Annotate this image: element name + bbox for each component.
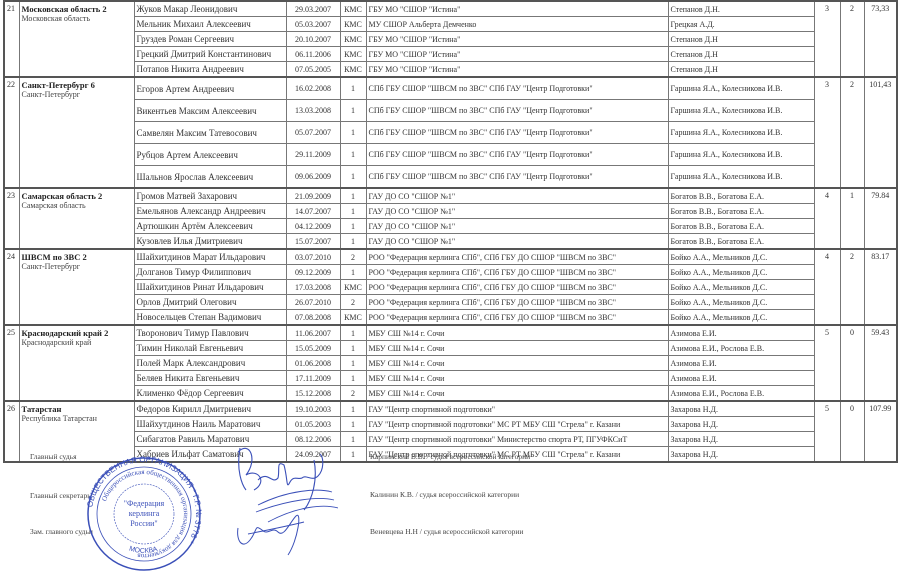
team-games: 4 [814,249,840,325]
player-coach: Захарова Н.Д. [668,447,814,463]
player-name: Груздев Роман Сергеевич [134,32,286,47]
table-row: Самвелян Максим Татевосович05.07.20071СП… [4,122,897,144]
player-coach: Богатов В.В., Богатова Е.А. [668,219,814,234]
player-name: Рубцов Артем Алексеевич [134,144,286,166]
player-coach: Гаршина Я.А., Колесникова И.В. [668,100,814,122]
player-name: Артюшкин Артём Алексеевич [134,219,286,234]
player-rank: 2 [340,249,366,265]
table-row: Викентьев Максим Алексеевич13.03.20081СП… [4,100,897,122]
player-name: Мельник Михаил Алексеевич [134,17,286,32]
player-name: Самвелян Максим Татевосович [134,122,286,144]
player-organization: ГАУ "Центр спортивной подготовки" [366,401,668,417]
player-rank: КМС [340,1,366,17]
player-dob: 17.03.2008 [286,280,340,295]
player-coach: Степанов Д.Н [668,47,814,62]
table-row: Мельник Михаил Алексеевич05.03.2007КМСМУ… [4,17,897,32]
player-dob: 29.03.2007 [286,1,340,17]
player-dob: 07.05.2005 [286,62,340,78]
player-name: Жуков Макар Леонидович [134,1,286,17]
table-row: 24ШВСМ по ЗВС 2Санкт-ПетербургШайхитдино… [4,249,897,265]
team-wins: 1 [840,188,864,249]
player-coach: Азимова Е.И. [668,325,814,341]
player-organization: СПб ГБУ СШОР "ШВСМ по ЗВС" СПб ГАУ "Цент… [366,100,668,122]
player-rank: 2 [340,295,366,310]
player-coach: Азимова Е.И. [668,356,814,371]
player-rank: КМС [340,32,366,47]
table-row: Тимин Николай Евгеньевич15.05.20091МБУ С… [4,341,897,356]
svg-text:России": России" [130,519,157,528]
player-coach: Гаршина Я.А., Колесникова И.В. [668,122,814,144]
table-row: Шайхитдинов Ринат Ильдарович17.03.2008КМ… [4,280,897,295]
player-organization: ГАУ "Центр спортивной подготовки" МС РТ … [366,417,668,432]
team-cell: Краснодарский край 2Краснодарский край [19,325,134,401]
table-row: Грецкий Дмитрий Константинович06.11.2006… [4,47,897,62]
table-row: Новосельцев Степан Вадимович07.08.2008КМ… [4,310,897,326]
player-coach: Захарова Н.Д. [668,432,814,447]
player-name: Егоров Артем Андреевич [134,77,286,100]
player-dob: 05.03.2007 [286,17,340,32]
team-cell: Санкт-Петербург 6Санкт-Петербург [19,77,134,188]
table-row: 22Санкт-Петербург 6Санкт-ПетербургЕгоров… [4,77,897,100]
team-region: Московская область [22,14,132,23]
player-rank: 1 [340,166,366,189]
player-dob: 11.06.2007 [286,325,340,341]
player-dob: 03.07.2010 [286,249,340,265]
player-rank: 1 [340,100,366,122]
player-name: Викентьев Максим Алексеевич [134,100,286,122]
team-cell: Самарская область 2Самарская область [19,188,134,249]
player-rank: 1 [340,417,366,432]
team-region: Санкт-Петербург [22,262,132,271]
player-rank: 1 [340,356,366,371]
player-rank: 1 [340,447,366,463]
player-coach: Гаршина Я.А., Колесникова И.В. [668,144,814,166]
organization-stamp: ОБЩЕСТВЕННАЯ ОРГАНИЗАЦИЯ * Г.Р. № 3778 *… [82,456,206,572]
team-wins: 2 [840,77,864,188]
team-score: 107.99 [864,401,897,462]
player-coach: Бойко А.А., Мельников Д.С. [668,295,814,310]
table-row: Клименко Фёдор Сергеевич15.12.20082МБУ С… [4,386,897,402]
chief-judge-label: Главный судья [30,452,77,461]
player-dob: 20.10.2007 [286,32,340,47]
table-row: Сибагатов Равиль Маратович08.12.20061ГАУ… [4,432,897,447]
team-number: 25 [4,325,19,401]
table-row: Артюшкин Артём Алексеевич04.12.20091ГАУ … [4,219,897,234]
svg-text:"Федерация: "Федерация [124,499,165,508]
player-name: Долганов Тимур Филиппович [134,265,286,280]
player-rank: КМС [340,310,366,326]
signatures [228,430,338,570]
player-organization: ГАУ ДО СО "СШОР №1" [366,219,668,234]
team-name: Краснодарский край 2 [22,328,132,338]
table-row: 23Самарская область 2Самарская областьГр… [4,188,897,204]
team-name: Татарстан [22,404,132,414]
player-dob: 09.06.2009 [286,166,340,189]
team-number: 26 [4,401,19,462]
player-coach: Богатов В.В., Богатова Е.А. [668,234,814,250]
team-games: 5 [814,325,840,401]
player-rank: 1 [340,204,366,219]
team-wins: 2 [840,249,864,325]
player-name: Потапов Никита Андреевич [134,62,286,78]
player-coach: Гаршина Я.А., Колесникова И.В. [668,166,814,189]
player-rank: КМС [340,62,366,78]
player-coach: Бойко А.А., Мельников Д.С. [668,265,814,280]
table-row: 26ТатарстанРеспублика ТатарстанФедоров К… [4,401,897,417]
player-dob: 15.05.2009 [286,341,340,356]
team-name: Санкт-Петербург 6 [22,80,132,90]
player-dob: 17.11.2009 [286,371,340,386]
chief-judge-name: Карпинский В.В. / судья всероссийской ка… [370,452,530,461]
player-rank: 1 [340,188,366,204]
team-number: 24 [4,249,19,325]
player-dob: 07.08.2008 [286,310,340,326]
player-coach: Степанов Д.Н [668,32,814,47]
table-row: Орлов Дмитрий Олегович26.07.20102РОО "Фе… [4,295,897,310]
player-organization: ГБУ МО "СШОР "Истина" [366,32,668,47]
team-number: 22 [4,77,19,188]
player-name: Орлов Дмитрий Олегович [134,295,286,310]
player-name: Новосельцев Степан Вадимович [134,310,286,326]
player-organization: СПб ГБУ СШОР "ШВСМ по ЗВС" СПб ГАУ "Цент… [366,77,668,100]
team-games: 4 [814,188,840,249]
player-rank: 1 [340,219,366,234]
team-score: 59.43 [864,325,897,401]
player-rank: 1 [340,325,366,341]
table-row: Шальнов Ярослав Алексеевич09.06.20091СПб… [4,166,897,189]
player-name: Шайхитдинов Ринат Ильдарович [134,280,286,295]
player-rank: 1 [340,432,366,447]
player-organization: СПб ГБУ СШОР "ШВСМ по ЗВС" СПб ГАУ "Цент… [366,166,668,189]
player-name: Кузовлев Илья Дмитриевич [134,234,286,250]
team-score: 79.84 [864,188,897,249]
player-organization: РОО "Федерация керлинга СПб", СПб ГБУ ДО… [366,310,668,326]
player-organization: ГБУ МО "СШОР "Истина" [366,1,668,17]
player-rank: 1 [340,122,366,144]
table-row: Груздев Роман Сергеевич20.10.2007КМСГБУ … [4,32,897,47]
player-coach: Азимова Е.И. [668,371,814,386]
player-coach: Степанов Д.Н [668,62,814,78]
player-organization: ГАУ ДО СО "СШОР №1" [366,188,668,204]
team-cell: Московская область 2Московская область [19,1,134,77]
player-dob: 29.11.2009 [286,144,340,166]
player-coach: Богатов В.В., Богатова Е.А. [668,188,814,204]
player-coach: Захарова Н.Д. [668,401,814,417]
team-cell: ШВСМ по ЗВС 2Санкт-Петербург [19,249,134,325]
player-organization: ГАУ ДО СО "СШОР №1" [366,234,668,250]
player-name: Федоров Кирилл Дмитриевич [134,401,286,417]
player-name: Полей Марк Александрович [134,356,286,371]
team-wins: 2 [840,1,864,77]
player-name: Шайхитдинов Марат Ильдарович [134,249,286,265]
player-rank: 1 [340,144,366,166]
player-rank: 1 [340,341,366,356]
team-name: Московская область 2 [22,4,132,14]
player-rank: КМС [340,280,366,295]
team-games: 3 [814,1,840,77]
player-rank: 1 [340,265,366,280]
player-rank: 2 [340,386,366,402]
table-row: 25Краснодарский край 2Краснодарский край… [4,325,897,341]
table-row: Полей Марк Александрович01.06.20081МБУ С… [4,356,897,371]
player-organization: РОО "Федерация керлинга СПб", СПб ГБУ ДО… [366,280,668,295]
team-region: Краснодарский край [22,338,132,347]
player-coach: Бойко А.А., Мельников Д.С. [668,249,814,265]
table-row: Беляев Никита Евгеньевич17.11.20091МБУ С… [4,371,897,386]
player-dob: 01.06.2008 [286,356,340,371]
table-row: Шайхутдинов Наиль Маратович01.05.20031ГА… [4,417,897,432]
table-row: Долганов Тимур Филиппович09.12.20091РОО … [4,265,897,280]
player-rank: 1 [340,371,366,386]
team-games: 3 [814,77,840,188]
player-organization: РОО "Федерация керлинга СПб", СПб ГБУ ДО… [366,295,668,310]
player-coach: Азимова Е.И., Рослова Е.В. [668,386,814,402]
player-organization: МБУ СШ №14 г. Сочи [366,371,668,386]
player-organization: ГБУ МО "СШОР "Истина" [366,47,668,62]
results-table: 21Московская область 2Московская область… [3,0,898,463]
player-dob: 05.07.2007 [286,122,340,144]
team-name: ШВСМ по ЗВС 2 [22,252,132,262]
player-organization: МБУ СШ №14 г. Сочи [366,325,668,341]
player-coach: Захарова Н.Д. [668,417,814,432]
player-rank: 1 [340,401,366,417]
player-coach: Бойко А.А., Мельников Д.С. [668,280,814,295]
player-dob: 13.03.2008 [286,100,340,122]
player-organization: МБУ СШ №14 г. Сочи [366,386,668,402]
team-wins: 0 [840,401,864,462]
team-number: 21 [4,1,19,77]
player-rank: КМС [340,47,366,62]
team-score: 83.17 [864,249,897,325]
player-dob: 15.12.2008 [286,386,340,402]
player-name: Емельянов Александр Андреевич [134,204,286,219]
table-row: Потапов Никита Андреевич07.05.2005КМСГБУ… [4,62,897,78]
team-wins: 0 [840,325,864,401]
player-dob: 15.07.2007 [286,234,340,250]
player-dob: 21.09.2009 [286,188,340,204]
player-organization: ГАУ ДО СО "СШОР №1" [366,204,668,219]
player-dob: 04.12.2009 [286,219,340,234]
player-dob: 19.10.2003 [286,401,340,417]
team-region: Санкт-Петербург [22,90,132,99]
chief-secretary-name: Калинин К.В. / судья всероссийской катег… [370,490,519,499]
player-organization: ГАУ "Центр спортивной подготовки" Минист… [366,432,668,447]
player-coach: Грецкая А.Д. [668,17,814,32]
player-organization: СПб ГБУ СШОР "ШВСМ по ЗВС" СПб ГАУ "Цент… [366,144,668,166]
player-dob: 09.12.2009 [286,265,340,280]
table-row: 21Московская область 2Московская область… [4,1,897,17]
player-coach: Богатов В.В., Богатова Е.А. [668,204,814,219]
player-name: Грецкий Дмитрий Константинович [134,47,286,62]
team-score: 73,33 [864,1,897,77]
player-name: Тимин Николай Евгеньевич [134,341,286,356]
table-row: Рубцов Артем Алексеевич29.11.20091СПб ГБ… [4,144,897,166]
player-organization: МУ СШОР Альберта Демченко [366,17,668,32]
player-organization: РОО "Федерация керлинга СПб", СПб ГБУ ДО… [366,265,668,280]
player-rank: КМС [340,17,366,32]
svg-text:керлинга: керлинга [129,509,160,518]
team-score: 101,43 [864,77,897,188]
player-dob: 16.02.2008 [286,77,340,100]
team-region: Самарская область [22,201,132,210]
player-organization: МБУ СШ №14 г. Сочи [366,341,668,356]
player-name: Беляев Никита Евгеньевич [134,371,286,386]
player-coach: Азимова Е.И., Рослова Е.В. [668,341,814,356]
player-rank: 1 [340,77,366,100]
player-coach: Бойко А.А., Мельников Д.С. [668,310,814,326]
player-organization: ГБУ МО "СШОР "Истина" [366,62,668,78]
table-row: Емельянов Александр Андреевич14.07.20071… [4,204,897,219]
player-name: Клименко Фёдор Сергеевич [134,386,286,402]
player-name: Шальнов Ярослав Алексеевич [134,166,286,189]
player-organization: СПб ГБУ СШОР "ШВСМ по ЗВС" СПб ГАУ "Цент… [366,122,668,144]
player-coach: Степанов Д.Н. [668,1,814,17]
player-organization: РОО "Федерация керлинга СПб", СПб ГБУ ДО… [366,249,668,265]
deputy-judge-name: Веневцева Н.Н / судья всероссийской кате… [370,527,523,536]
player-name: Творонович Тимур Павлович [134,325,286,341]
player-dob: 26.07.2010 [286,295,340,310]
svg-text:МОСКВА: МОСКВА [128,545,158,555]
player-organization: МБУ СШ №14 г. Сочи [366,356,668,371]
player-coach: Гаршина Я.А., Колесникова И.В. [668,77,814,100]
team-region: Республика Татарстан [22,414,132,423]
player-name: Громов Матвей Захарович [134,188,286,204]
player-dob: 06.11.2006 [286,47,340,62]
table-row: Кузовлев Илья Дмитриевич15.07.20071ГАУ Д… [4,234,897,250]
team-games: 5 [814,401,840,462]
player-rank: 1 [340,234,366,250]
team-name: Самарская область 2 [22,191,132,201]
team-number: 23 [4,188,19,249]
player-dob: 14.07.2007 [286,204,340,219]
